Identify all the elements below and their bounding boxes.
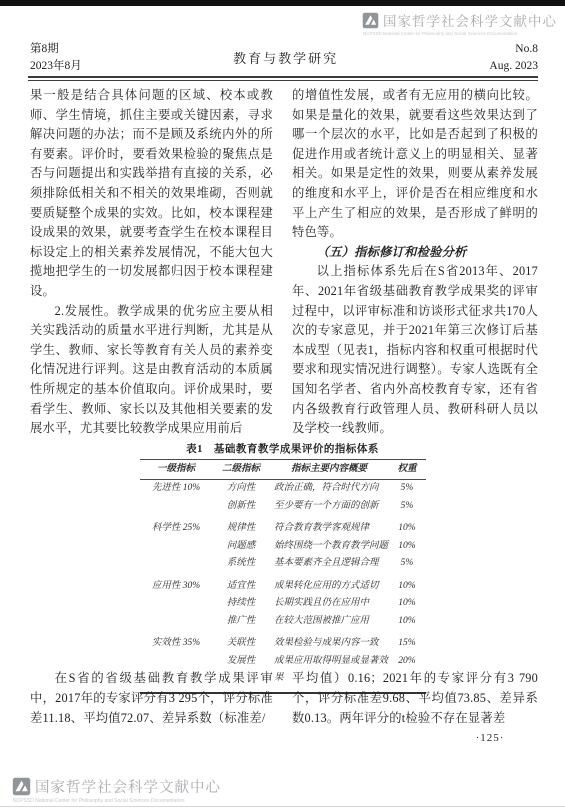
cell-level1: 科学性 25%	[140, 520, 212, 538]
watermark-acronym: NCPSSD	[13, 798, 34, 804]
watermark-name-cn: 国家哲学社会科学文献中心	[35, 776, 221, 797]
body-paragraph: 2.发展性。教学成果的优劣应主要从相关实践活动的质量水平进行判断，尤其是从学生、…	[30, 302, 273, 439]
watermark-bottom: 国家哲学社会科学文献中心 NCPSSD National Center for …	[12, 776, 221, 804]
issue-number-en: No.8	[489, 41, 538, 58]
table-row: 应用性 30% 适宜性 成果转化应用的方式适切 10%	[140, 578, 426, 596]
watermark-en-text: National Center for Philosophy and Socia…	[383, 31, 517, 36]
col-header-weight: 权重	[388, 460, 426, 479]
table-row: 科学性 25% 规律性 符合教育教学客观规律 10%	[140, 520, 426, 538]
ncpssd-logo-icon	[362, 12, 379, 29]
cell-desc: 成果转化应用的方式适切	[270, 578, 388, 596]
issue-number-cn: 第8期	[30, 41, 82, 58]
table-row: 实效性 35% 关联性 效果检验与成果内容一致 15%	[140, 635, 426, 653]
cell-level1: 应用性 30%	[140, 578, 212, 596]
col-header-level1: 一级指标	[140, 460, 212, 479]
table-row: 先进性 10% 方向性 政治正确，符合时代方向 5%	[140, 480, 426, 498]
watermark-name-en: NCPSSD National Center for Philosophy an…	[362, 31, 557, 36]
page-number: ·125·	[430, 732, 550, 744]
cell-level1	[140, 538, 212, 556]
cell-desc: 长期实践且仍在应用中	[270, 595, 388, 613]
watermark-top: 国家哲学社会科学文献中心 NCPSSD National Center for …	[362, 10, 557, 36]
cell-level2: 规律性	[212, 520, 270, 538]
watermark-acronym: NCPSSD	[363, 31, 382, 36]
ncpssd-logo-icon	[12, 777, 31, 796]
header-rule	[28, 76, 538, 81]
indicator-table: 一级指标 二级指标 指标主要内容概要 权重 先进性 10% 方向性 政治正确，符…	[140, 459, 426, 694]
cell-desc: 政治正确，符合时代方向	[270, 480, 388, 498]
cell-weight: 10%	[388, 595, 426, 613]
right-column: 的增值性发展，或者有无应用的横向比较。如果是量化的效果，就要看这些效果达到了哪一…	[292, 86, 538, 439]
cell-weight: 10%	[388, 613, 426, 631]
table-row: 问题感 始终围绕一个教育教学问题 10%	[140, 538, 426, 556]
table-row: 系统性 基本要素齐全且逻辑合理 5%	[140, 555, 426, 573]
cell-weight: 10%	[388, 538, 426, 556]
cell-desc: 始终围绕一个教育教学问题	[270, 538, 388, 556]
col-header-desc: 指标主要内容概要	[270, 460, 388, 479]
cell-level2: 系统性	[212, 555, 270, 573]
table-row: 持续性 长期实践且仍在应用中 10%	[140, 595, 426, 613]
cell-desc: 在较大范围被推广应用	[270, 613, 388, 631]
cell-level2: 关联性	[212, 635, 270, 653]
footer-rule	[0, 806, 565, 807]
body-paragraph: 果一般是结合具体问题的区域、校本或教师、学生情境，抓住主要或关键因素，寻求解决问…	[30, 86, 273, 302]
cell-weight: 5%	[388, 498, 426, 516]
issue-date-en: Aug. 2023	[489, 58, 538, 75]
cell-level1	[140, 498, 212, 516]
cell-weight: 10%	[388, 520, 426, 538]
cell-desc: 效果检验与成果内容一致	[270, 635, 388, 653]
cell-level1	[140, 555, 212, 573]
section-heading: （五）指标修订和检验分析	[292, 243, 538, 263]
cell-level1: 实效性 35%	[140, 635, 212, 653]
cell-level1	[140, 595, 212, 613]
cell-level2: 持续性	[212, 595, 270, 613]
cell-desc: 基本要素齐全且逻辑合理	[270, 555, 388, 573]
scan-edge-bar	[0, 0, 565, 6]
body-paragraph: 的增值性发展，或者有无应用的横向比较。如果是量化的效果，就要看这些效果达到了哪一…	[292, 86, 538, 243]
cell-level2: 方向性	[212, 480, 270, 498]
watermark-name-en: NCPSSD National Center for Philosophy an…	[12, 798, 221, 804]
table-header-row: 一级指标 二级指标 指标主要内容概要 权重	[140, 460, 426, 480]
header-right: No.8 Aug. 2023	[489, 41, 538, 74]
table-row: 创新性 至少要有一个方面的创新 5%	[140, 498, 426, 516]
cell-desc: 至少要有一个方面的创新	[270, 498, 388, 516]
journal-title: 教育与教学研究	[233, 48, 338, 67]
cell-weight: 5%	[388, 480, 426, 498]
table-caption: 表1 基础教育教学成果评价的指标体系	[0, 441, 565, 456]
cell-level2: 创新性	[212, 498, 270, 516]
watermark-name-cn: 国家哲学社会科学文献中心	[383, 10, 557, 30]
journal-page: 国家哲学社会科学文献中心 NCPSSD National Center for …	[0, 0, 565, 812]
cell-level2: 适宜性	[212, 578, 270, 596]
header-left: 第8期 2023年8月	[30, 41, 82, 74]
journal-header: 第8期 2023年8月 教育与教学研究 No.8 Aug. 2023	[30, 41, 538, 74]
cell-level1	[140, 613, 212, 631]
cell-level2: 问题感	[212, 538, 270, 556]
cell-level1: 先进性 10%	[140, 480, 212, 498]
body-paragraph: 在S省的省级基础教育教学成果评审中，2017年的专家评分有3 295个，评分标准…	[30, 669, 273, 728]
cell-weight: 5%	[388, 555, 426, 573]
cell-weight: 10%	[388, 578, 426, 596]
cell-desc: 符合教育教学客观规律	[270, 520, 388, 538]
cell-level2: 推广性	[212, 613, 270, 631]
watermark-en-text: National Center for Philosophy and Socia…	[35, 798, 184, 804]
issue-date-cn: 2023年8月	[30, 58, 82, 75]
col-header-level2: 二级指标	[212, 460, 270, 479]
body-paragraph: 平均值）0.16；2021年的专家评分有3 790个，评分标准差9.68、平均值…	[292, 669, 538, 728]
body-paragraph: 以上指标体系先后在S省2013年、2017年、2021年省级基础教育教学成果奖的…	[292, 262, 538, 438]
cell-weight: 15%	[388, 635, 426, 653]
table-row: 推广性 在较大范围被推广应用 10%	[140, 613, 426, 631]
left-column: 果一般是结合具体问题的区域、校本或教师、学生情境，抓住主要或关键因素，寻求解决问…	[30, 86, 273, 439]
